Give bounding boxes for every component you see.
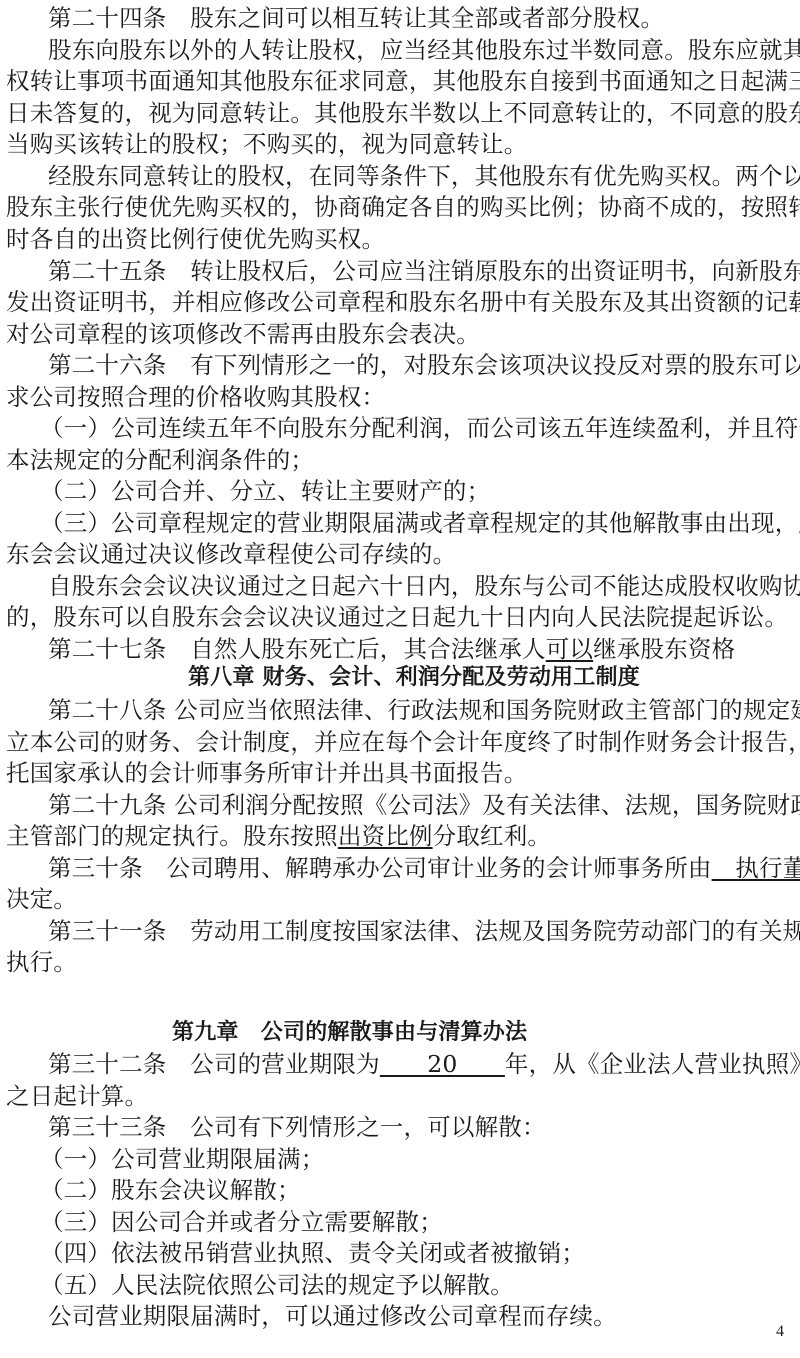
- text-line: 东会会议通过决议修改章程使公司存续的。: [6, 539, 796, 569]
- text-segment: 第三十条 公司聘用、解聘承办公司审计业务的会计师事务所由: [48, 854, 712, 882]
- list-item: （五）人民法院依照公司法的规定予以解散。: [40, 1270, 800, 1300]
- list-item: （一）公司营业期限届满；: [40, 1144, 800, 1174]
- underlined-field: 出资比例: [338, 822, 433, 850]
- text-line: 当购买该转让的股权；不购买的，视为同意转让。: [6, 129, 796, 159]
- text-line: 求公司按照合理的价格收购其股权：: [6, 382, 796, 412]
- text-line: 公司营业期限届满时，可以通过修改公司章程而存续。: [48, 1301, 800, 1331]
- text-line: 发出资证明书，并相应修改公司章程和股东名册中有关股东及其出资额的记载。: [6, 287, 796, 317]
- list-item: （三）公司章程规定的营业期限届满或者章程规定的其他解散事由出现，股: [40, 508, 800, 538]
- text-line: 决定。: [6, 884, 796, 914]
- text-segment: 第二十七条 自然人股东死亡后，其合法继承人: [48, 635, 546, 663]
- article-31-title: 第三十一条 劳动用工制度按国家法律、法规及国务院劳动部门的有关规定: [48, 916, 800, 946]
- underlined-field: 20: [380, 1050, 505, 1078]
- article-26-title: 第二十六条 有下列情形之一的，对股东会该项决议投反对票的股东可以请: [48, 350, 800, 380]
- chapter-8-heading: 第八章 财务、会计、利润分配及劳动用工制度: [188, 663, 800, 693]
- list-item: （三）因公司合并或者分立需要解散；: [40, 1207, 800, 1237]
- text-segment: 继承股东资格: [593, 635, 735, 663]
- article-32-title: 第三十二条 公司的营业期限为 20 年，从《企业法人营业执照》签发: [48, 1049, 800, 1079]
- article-30-title: 第三十条 公司聘用、解聘承办公司审计业务的会计师事务所由 执行董事: [48, 853, 800, 883]
- text-line: 主管部门的规定执行。股东按照出资比例分取红利。: [6, 821, 796, 851]
- article-27-title: 第二十七条 自然人股东死亡后，其合法继承人可以继承股东资格: [48, 634, 800, 664]
- list-item: （四）依法被吊销营业执照、责令关闭或者被撤销；: [40, 1238, 800, 1268]
- text-line: 权转让事项书面通知其他股东征求同意，其他股东自接到书面通知之日起满三十: [6, 66, 796, 96]
- text-line: 自股东会会议决议通过之日起六十日内，股东与公司不能达成股权收购协议: [48, 571, 800, 601]
- article-25-title: 第二十五条 转让股权后，公司应当注销原股东的出资证明书，向新股东签: [48, 256, 800, 286]
- text-segment: 年，从《企业法人营业执照》签发: [505, 1050, 800, 1078]
- text-line: 之日起计算。: [6, 1081, 796, 1111]
- text-line: 本法规定的分配利润条件的；: [6, 445, 796, 475]
- text-line: 股东向股东以外的人转让股权，应当经其他股东过半数同意。股东应就其股: [48, 35, 800, 65]
- document-page: 第二十四条 股东之间可以相互转让其全部或者部分股权。 股东向股东以外的人转让股权…: [0, 0, 800, 1358]
- text-line: 日未答复的，视为同意转让。其他股东半数以上不同意转让的，不同意的股东应: [6, 98, 796, 128]
- text-line: 托国家承认的会计师事务所审计并出具书面报告。: [6, 758, 796, 788]
- text-line: 经股东同意转让的股权，在同等条件下，其他股东有优先购买权。两个以上: [48, 161, 800, 191]
- text-line: 的，股东可以自股东会会议决议通过之日起九十日内向人民法院提起诉讼。: [6, 602, 796, 632]
- text-line: 时各自的出资比例行使优先购买权。: [6, 224, 796, 254]
- text-segment: 第三十二条 公司的营业期限为: [48, 1050, 380, 1078]
- article-33-title: 第三十三条 公司有下列情形之一，可以解散：: [48, 1112, 800, 1142]
- article-24-title: 第二十四条 股东之间可以相互转让其全部或者部分股权。: [48, 3, 800, 33]
- text-line: 执行。: [6, 947, 796, 977]
- article-28-title: 第二十八条 公司应当依照法律、行政法规和国务院财政主管部门的规定建: [48, 695, 800, 725]
- list-item: （二）股东会决议解散；: [40, 1175, 800, 1205]
- text-segment: 主管部门的规定执行。股东按照: [6, 822, 338, 850]
- list-item: （一）公司连续五年不向股东分配利润，而公司该五年连续盈利，并且符合: [40, 413, 800, 443]
- article-29-title: 第二十九条 公司利润分配按照《公司法》及有关法律、法规，国务院财政: [48, 790, 800, 820]
- text-segment: 分取红利。: [433, 822, 552, 850]
- list-item: （二）公司合并、分立、转让主要财产的；: [40, 476, 800, 506]
- text-line: 对公司章程的该项修改不需再由股东会表决。: [6, 319, 796, 349]
- text-line: 股东主张行使优先购买权的，协商确定各自的购买比例；协商不成的，按照转让: [6, 192, 796, 222]
- chapter-9-heading: 第九章 公司的解散事由与清算办法: [172, 1018, 800, 1048]
- text-line: 立本公司的财务、会计制度，并应在每个会计年度终了时制作财务会计报告，委: [6, 727, 796, 757]
- underlined-field: 执行董事: [712, 854, 800, 882]
- underlined-field: 可以: [546, 635, 593, 663]
- page-number: 4: [776, 1323, 784, 1341]
